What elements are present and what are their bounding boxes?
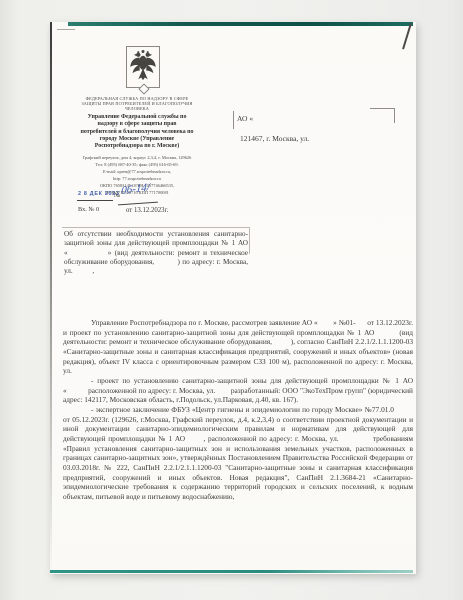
- scan-edge-top: [68, 22, 413, 26]
- scan-edge-bottom: [50, 570, 413, 573]
- double-headed-eagle-icon: [127, 47, 159, 87]
- recipient-bracket-left: [233, 111, 234, 129]
- russian-coat-of-arms-icon: [126, 46, 160, 88]
- phone-fax: Тел: 8 (495) 687-40-35; факс (495) 616-6…: [80, 161, 194, 168]
- scanned-letter-screenshot: { "letterhead": { "agency": "ФЕДЕРАЛЬНАЯ…: [0, 0, 463, 600]
- body-paragraph-1: Управление Роспотребнадзора по г. Москве…: [63, 318, 413, 376]
- stamp-underline: [77, 200, 113, 201]
- letter-body: Управление Роспотребнадзора по г. Москве…: [63, 318, 413, 501]
- postal-address: Графский переулок, дом 4, корпус 2,3,4, …: [80, 154, 194, 161]
- office-name: Управление Федеральной службы по надзору…: [80, 114, 194, 150]
- subject-box-right: [249, 227, 250, 254]
- scan-tick-mark: [57, 29, 75, 30]
- recipient-name: АО «: [237, 114, 253, 123]
- incoming-number: Вх. № 0: [78, 206, 99, 213]
- agency-name: ФЕДЕРАЛЬНАЯ СЛУЖБА ПО НАДЗОРУ В СФЕРЕ ЗА…: [80, 96, 194, 111]
- body-paragraph-2: - проект по установлению санитарно-защит…: [63, 376, 413, 405]
- letter-subject: Об отсутствии необходимости установления…: [64, 230, 248, 276]
- outgoing-number-sign: №: [114, 192, 120, 199]
- website-line: http: 77.rospotrebnadzor.ru: [80, 175, 194, 182]
- subject-box-top: [62, 227, 250, 228]
- letterhead-block: ФЕДЕРАЛЬНАЯ СЛУЖБА ПО НАДЗОРУ В СФЕРЕ ЗА…: [80, 96, 194, 196]
- recipient-address: 121467, г. Москва, ул.: [240, 134, 309, 143]
- body-paragraph-3: - экспертное заключение ФБУЗ «Центр гиги…: [63, 405, 413, 502]
- scan-edge-left: [50, 22, 52, 574]
- email-line: E-mail: upren@77.rospotrebnadzor.ru,: [80, 168, 194, 175]
- recipient-bracket-corner: [370, 108, 395, 123]
- letter-date: от 13.12.2023г.: [126, 207, 168, 214]
